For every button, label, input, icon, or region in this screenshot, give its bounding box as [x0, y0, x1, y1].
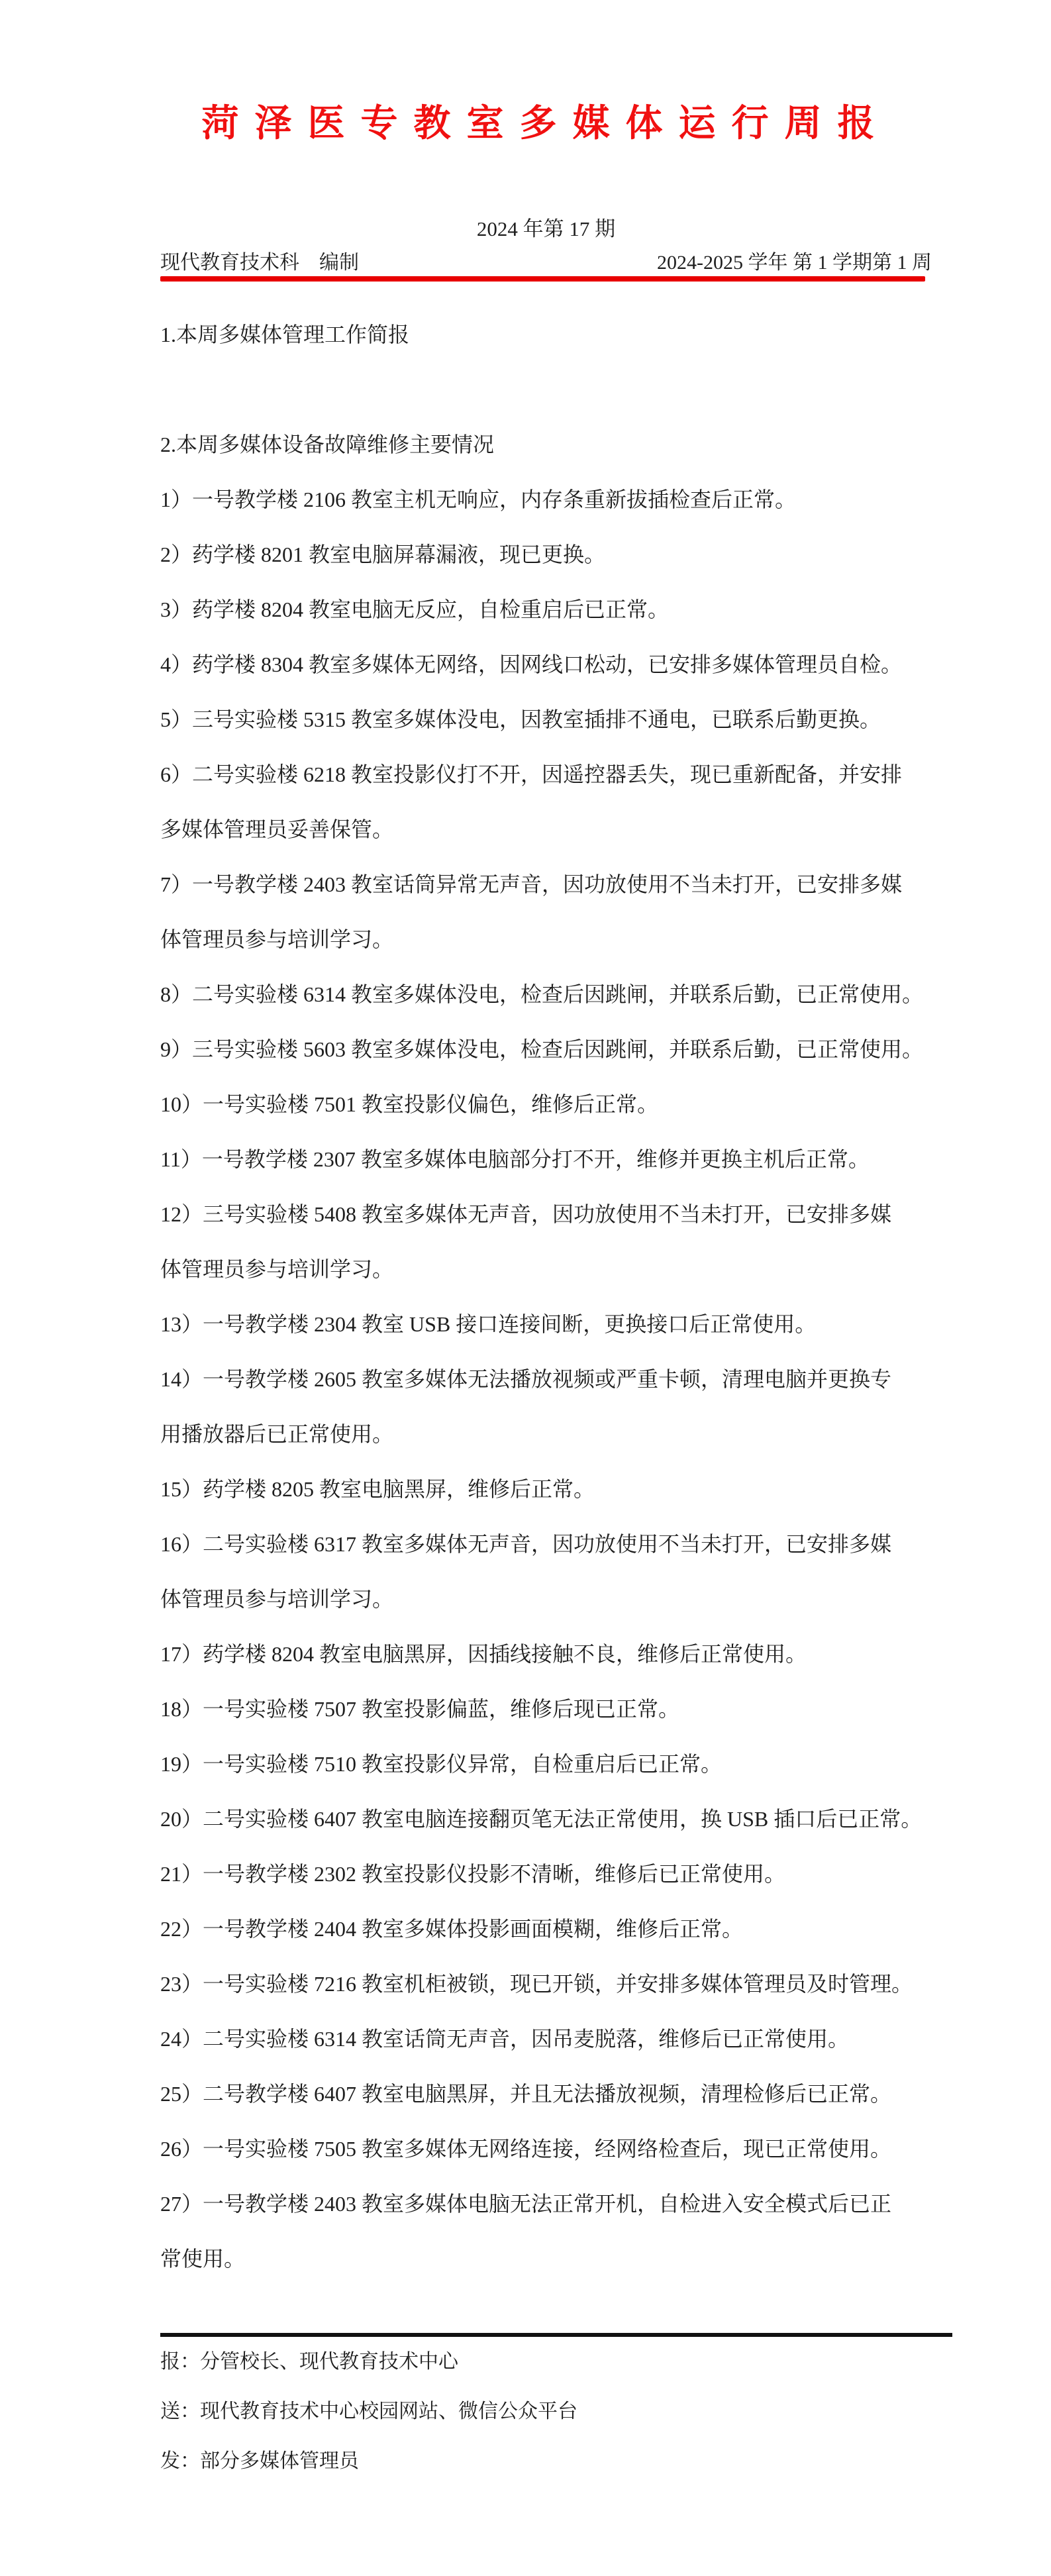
- body-line: 19）一号实验楼 7510 教室投影仪异常，自检重启后已正常。: [160, 1737, 932, 1792]
- body-line: 多媒体管理员妥善保管。: [160, 802, 932, 857]
- body-line: 15）药学楼 8205 教室电脑黑屏，维修后正常。: [160, 1462, 932, 1517]
- body-line: 常使用。: [160, 2232, 932, 2287]
- body-line: 体管理员参与培训学习。: [160, 1242, 932, 1297]
- body-line: 2）药学楼 8201 教室电脑屏幕漏液，现已更换。: [160, 527, 932, 582]
- body-line: 5）三号实验楼 5315 教室多媒体没电，因教室插排不通电，已联系后勤更换。: [160, 692, 932, 747]
- body-line: 17）药学楼 8204 教室电脑黑屏，因插线接触不良，维修后正常使用。: [160, 1627, 932, 1682]
- body-line: 27）一号教学楼 2403 教室多媒体电脑无法正常开机，自检进入安全模式后已正: [160, 2177, 932, 2232]
- body-line: 1.本周多媒体管理工作简报: [160, 307, 932, 362]
- page-title: 菏泽医专教室多媒体运行周报: [160, 105, 932, 143]
- body-line: 7）一号教学楼 2403 教室话筒异常无声音，因功放使用不当未打开，已安排多媒: [160, 857, 932, 912]
- body-line: [160, 362, 932, 417]
- body-line: 1）一号教学楼 2106 教室主机无响应，内存条重新拔插检查后正常。: [160, 472, 932, 527]
- header-meta-row: 现代教育技术科 编制 2024-2025 学年 第 1 学期第 1 周: [160, 252, 932, 274]
- body-line: 25）二号教学楼 6407 教室电脑黑屏，并且无法播放视频，清理检修后已正常。: [160, 2067, 932, 2122]
- report-body: 1.本周多媒体管理工作简报2.本周多媒体设备故障维修主要情况1）一号教学楼 21…: [160, 307, 932, 2287]
- body-line: 26）一号实验楼 7505 教室多媒体无网络连接，经网络检查后，现已正常使用。: [160, 2122, 932, 2177]
- body-line: 16）二号实验楼 6317 教室多媒体无声音，因功放使用不当未打开，已安排多媒: [160, 1517, 932, 1572]
- body-line: 体管理员参与培训学习。: [160, 1572, 932, 1627]
- footer-send-line: 送：现代教育技术中心校园网站、微信公众平台: [160, 2387, 932, 2436]
- body-line: 3）药学楼 8204 教室电脑无反应，自检重启后已正常。: [160, 582, 932, 637]
- header-rule: [160, 276, 925, 282]
- footer-issue-line: 发：部分多媒体管理员: [160, 2436, 932, 2486]
- body-line: 20）二号实验楼 6407 教室电脑连接翻页笔无法正常使用，换 USB 插口后已…: [160, 1792, 932, 1847]
- semester-week: 2024-2025 学年 第 1 学期第 1 周: [657, 252, 932, 274]
- body-line: 10）一号实验楼 7501 教室投影仪偏色，维修后正常。: [160, 1077, 932, 1132]
- body-line: 23）一号实验楼 7216 教室机柜被锁，现已开锁，并安排多媒体管理员及时管理。: [160, 1957, 932, 2012]
- body-line: 用播放器后已正常使用。: [160, 1407, 932, 1462]
- body-line: 13）一号教学楼 2304 教室 USB 接口连接间断，更换接口后正常使用。: [160, 1297, 932, 1352]
- body-line: 11）一号教学楼 2307 教室多媒体电脑部分打不开，维修并更换主机后正常。: [160, 1132, 932, 1187]
- body-line: 21）一号教学楼 2302 教室投影仪投影不清晰，维修后已正常使用。: [160, 1847, 932, 1902]
- issue-number: 2024 年第 17 期: [160, 217, 932, 241]
- body-line: 22）一号教学楼 2404 教室多媒体投影画面模糊，维修后正常。: [160, 1902, 932, 1957]
- compiler-credit: 现代教育技术科 编制: [160, 252, 359, 274]
- document-page: 菏泽医专教室多媒体运行周报 2024 年第 17 期 现代教育技术科 编制 20…: [0, 0, 1051, 2576]
- body-line: 9）三号实验楼 5603 教室多媒体没电，检查后因跳闸，并联系后勤，已正常使用。: [160, 1022, 932, 1077]
- body-line: 18）一号实验楼 7507 教室投影偏蓝，维修后现已正常。: [160, 1682, 932, 1737]
- body-line: 12）三号实验楼 5408 教室多媒体无声音，因功放使用不当未打开，已安排多媒: [160, 1187, 932, 1242]
- body-line: 2.本周多媒体设备故障维修主要情况: [160, 417, 932, 472]
- footer-report-line: 报：分管校长、现代教育技术中心: [160, 2337, 932, 2387]
- body-line: 8）二号实验楼 6314 教室多媒体没电，检查后因跳闸，并联系后勤，已正常使用。: [160, 967, 932, 1022]
- body-line: 24）二号实验楼 6314 教室话筒无声音，因吊麦脱落，维修后已正常使用。: [160, 2012, 932, 2067]
- body-line: 4）药学楼 8304 教室多媒体无网络，因网线口松动，已安排多媒体管理员自检。: [160, 637, 932, 692]
- body-line: 14）一号教学楼 2605 教室多媒体无法播放视频或严重卡顿，清理电脑并更换专: [160, 1352, 932, 1407]
- body-line: 体管理员参与培训学习。: [160, 912, 932, 967]
- footer: 报：分管校长、现代教育技术中心 送：现代教育技术中心校园网站、微信公众平台 发：…: [160, 2337, 932, 2486]
- body-line: 6）二号实验楼 6218 教室投影仪打不开，因遥控器丢失，现已重新配备，并安排: [160, 747, 932, 802]
